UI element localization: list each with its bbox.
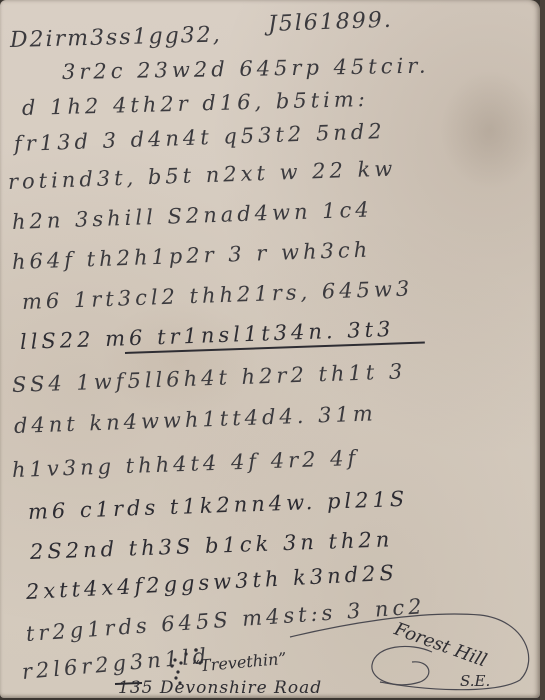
body-line: h2n 3shill S2nad4wn 1c4 (12, 197, 373, 234)
card-edge (540, 0, 545, 700)
paper-stain (100, 300, 260, 420)
paper-stain (440, 70, 540, 190)
address-street: 135 Devonshire Road (118, 678, 322, 698)
body-line: 2S2nd th3S b1ck 3n th2n (30, 527, 394, 564)
address-postal-district: S.E. (460, 672, 490, 690)
body-line: tr2g1rds 645S m4st:s 3 nc2 (25, 594, 426, 646)
body-line: d 1h2 4th2r d16, b5tim: (22, 87, 369, 120)
salutation-code: D2irm3ss1gg32, (10, 22, 222, 53)
address-locality: Forest Hill (391, 619, 489, 672)
body-line: rotind3t, b5t n2xt w 22 kw (8, 156, 397, 194)
body-line: fr13d 3 d4n4t q53t2 5nd2 (14, 119, 386, 156)
body-line: 3r2c 23w2d 645rp 45tcir. (62, 54, 430, 84)
body-line: m6 1rt3cl2 thh21rs, 645w3 (22, 276, 414, 314)
body-line: h1v3ng thh4t4 4f 4r2 4f (12, 446, 360, 482)
body-line: SS4 1wf5ll6h4t h2r2 th1t 3 (12, 359, 407, 397)
body-line: h64f th2h1p2r 3 r wh3ch (12, 237, 372, 274)
body-line: d4nt kn4wwh1tt4d4. 31m (14, 401, 378, 438)
body-line: m6 c1rds t1k2nn4w. pl21S (28, 487, 409, 524)
body-line: 2xtt4x4f2ggsw3th k3nd2S (25, 561, 398, 604)
date-code: J5l61899. (268, 8, 394, 37)
postcard: D2irm3ss1gg32, J5l61899. 3r2c 23w2d 645r… (0, 0, 540, 698)
